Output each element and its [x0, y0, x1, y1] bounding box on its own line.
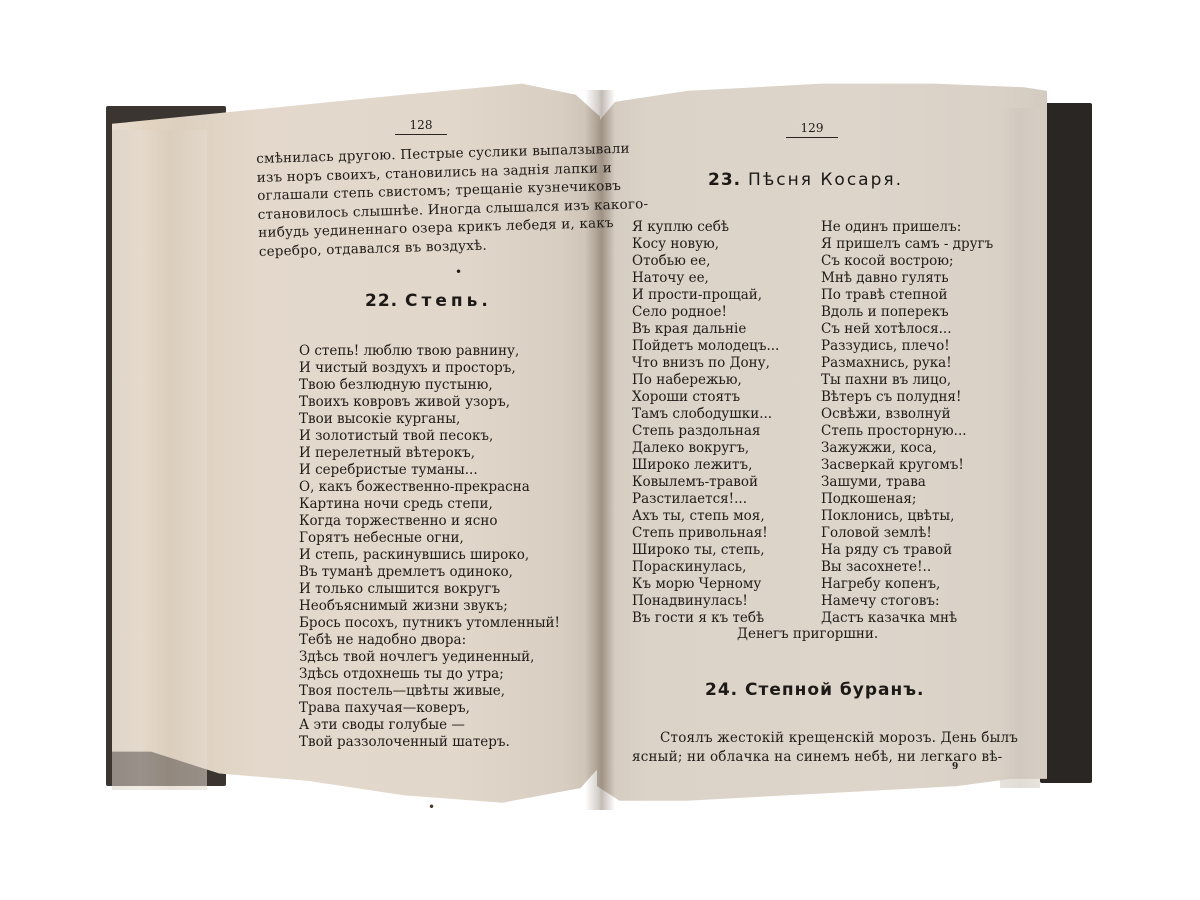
verse-line: Вы засохнете!..: [821, 559, 993, 576]
verse-line: Размахнись, рука!: [821, 355, 993, 372]
poem-title: Пѣсня Косаря.: [748, 170, 903, 190]
verse-line: Когда торжественно и ясно: [299, 513, 560, 530]
verse-line: Пораскинулась,: [632, 559, 779, 576]
verse-line: Здѣсь отдохнешь ты до утра;: [299, 666, 560, 683]
verse-line: Горятъ небесные огни,: [299, 530, 560, 547]
verse-line: Хороши стоятъ: [632, 389, 779, 406]
poem-23-column-2: Не одинъ пришелъ: Я пришелъ самъ - другъ…: [821, 219, 993, 627]
verse-line: Брось посохъ, путникъ утомленный!: [299, 615, 560, 632]
verse-line: Въ туманѣ дремлетъ одиноко,: [299, 564, 560, 581]
verse-line: Намечу стоговъ:: [821, 593, 993, 610]
verse-line: Твои высокіе курганы,: [299, 411, 560, 428]
verse-line: Ты пахни въ лицо,: [821, 372, 993, 389]
poem-23-heading: 23. Пѣсня Косаря.: [708, 170, 903, 190]
prose-line: Стоялъ жестокій крещенскій морозъ. День …: [632, 729, 1018, 748]
verse-line: Къ морю Черному: [632, 576, 779, 593]
verse-line: О степь! люблю твою равнину,: [299, 343, 560, 360]
signature-mark-text: 9: [952, 762, 958, 772]
verse-line: Поклонись, цвѣты,: [821, 508, 993, 525]
verse-line: А эти своды голубые —: [299, 717, 560, 734]
verse-line: Засверкай кругомъ!: [821, 457, 993, 474]
verse-line: Денегъ пригоршни.: [737, 626, 878, 642]
verse-line: Я куплю себѣ: [632, 219, 779, 236]
poem-22-verse: О степь! люблю твою равнину, И чистый во…: [299, 343, 560, 751]
page-number-left: 128: [391, 118, 451, 135]
verse-line: Съ косой вострою;: [821, 253, 993, 270]
verse-line: На ряду съ травой: [821, 542, 993, 559]
verse-line: Необъяснимый жизни звукъ;: [299, 598, 560, 615]
page-number-right: 129: [782, 121, 842, 138]
verse-line: И только слышится вокругъ: [299, 581, 560, 598]
verse-line: Вдоль и поперекъ: [821, 304, 993, 321]
verse-line: Раззудись, плечо!: [821, 338, 993, 355]
left-page-fold: [112, 130, 207, 790]
section-24-heading: 24. Степной буранъ.: [705, 680, 924, 700]
verse-line: Вѣтеръ съ полудня!: [821, 389, 993, 406]
left-prose: смѣнилась другою. Пестрые суслики выпалз…: [256, 139, 650, 261]
verse-line: Не одинъ пришелъ:: [821, 219, 993, 236]
verse-line: Мнѣ давно гулять: [821, 270, 993, 287]
section-number: 24.: [705, 680, 738, 700]
right-page-fold: [1000, 108, 1040, 788]
verse-line: Село родное!: [632, 304, 779, 321]
verse-line: Я пришелъ самъ - другъ: [821, 236, 993, 253]
verse-line: Отобью ее,: [632, 253, 779, 270]
verse-line: Тебѣ не надобно двора:: [299, 632, 560, 649]
verse-line: Головой землѣ!: [821, 525, 993, 542]
verse-line: И золотистый твой песокъ,: [299, 428, 560, 445]
verse-line: Освѣжи, взволнуй: [821, 406, 993, 423]
verse-line: Картина ночи средь степи,: [299, 496, 560, 513]
verse-line: По травѣ степной: [821, 287, 993, 304]
verse-line: Степь привольная!: [632, 525, 779, 542]
verse-line: Далеко вокругъ,: [632, 440, 779, 457]
poem-23-column-1: Я куплю себѣ Косу новую, Отобью ее, Нато…: [632, 219, 779, 627]
verse-line: И чистый воздухъ и просторъ,: [299, 360, 560, 377]
verse-line: Здѣсь твой ночлегъ уединенный,: [299, 649, 560, 666]
page-number-rule: [395, 134, 447, 135]
verse-line: Нагребу копенъ,: [821, 576, 993, 593]
verse-line: И прости-прощай,: [632, 287, 779, 304]
verse-line: И перелетный вѣтерокъ,: [299, 445, 560, 462]
verse-line: Въ края дальніе: [632, 321, 779, 338]
poem-number: 22.: [365, 291, 398, 311]
verse-line: Зажужжи, коса,: [821, 440, 993, 457]
page-number-rule: [786, 137, 838, 138]
verse-line: Съ ней хотѣлося...: [821, 321, 993, 338]
verse-line: И степь, раскинувшись широко,: [299, 547, 560, 564]
poem-number: 23.: [708, 170, 741, 190]
verse-line: Твоя постель—цвѣты живые,: [299, 683, 560, 700]
verse-line: Ковылемъ-травой: [632, 474, 779, 491]
verse-line: Твою безлюдную пустыню,: [299, 377, 560, 394]
verse-line: Степь раздольная: [632, 423, 779, 440]
verse-line: Пойдетъ молодецъ...: [632, 338, 779, 355]
prose-line: ясный; ни облачка на синемъ небѣ, ни лег…: [632, 748, 1018, 767]
verse-line: Твоихъ ковровъ живой узоръ,: [299, 394, 560, 411]
verse-line: Тамъ слободушки...: [632, 406, 779, 423]
verse-line: Наточу ее,: [632, 270, 779, 287]
verse-line: Твой раззолоченный шатеръ.: [299, 734, 560, 751]
ornament-dot-bottom: •: [428, 800, 435, 814]
page-number-text: 129: [801, 121, 824, 135]
verse-line: Трава пахучая—коверъ,: [299, 700, 560, 717]
verse-line: Разстилается!...: [632, 491, 779, 508]
poem-22-heading: 22. Степь.: [365, 291, 492, 311]
poem-23-final-line: Денегъ пригоршни.: [737, 626, 878, 643]
verse-line: Понадвинулась!: [632, 593, 779, 610]
verse-line: По набережью,: [632, 372, 779, 389]
verse-line: Широко лежитъ,: [632, 457, 779, 474]
poem-title: Степь.: [405, 291, 492, 311]
verse-line: Что внизъ по Дону,: [632, 355, 779, 372]
verse-line: Дастъ казачка мнѣ: [821, 610, 993, 627]
page-number-text: 128: [410, 118, 433, 132]
verse-line: Косу новую,: [632, 236, 779, 253]
signature-mark: 9: [952, 762, 958, 772]
verse-line: Широко ты, степь,: [632, 542, 779, 559]
verse-line: Подкошеная;: [821, 491, 993, 508]
verse-line: Степь просторную...: [821, 423, 993, 440]
section-title: Степной буранъ.: [745, 680, 924, 700]
verse-line: Ахъ ты, степь моя,: [632, 508, 779, 525]
verse-line: О, какъ божественно-прекрасна: [299, 479, 560, 496]
verse-line: Зашуми, трава: [821, 474, 993, 491]
section-24-prose: Стоялъ жестокій крещенскій морозъ. День …: [632, 729, 1018, 766]
verse-line: И серебристые туманы...: [299, 462, 560, 479]
book-cover-right: [1040, 103, 1092, 783]
verse-line: Въ гости я къ тебѣ: [632, 610, 779, 627]
ornament-dot: •: [455, 265, 462, 279]
